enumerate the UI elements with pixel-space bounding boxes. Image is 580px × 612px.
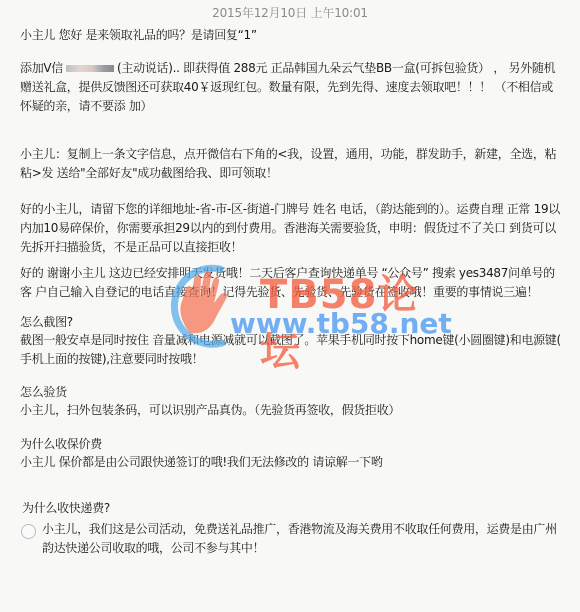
faq-insurance-answer: 小主儿 保价都是由公司跟快递签订的哦!我们无法修改的 请谅解一下哟 (20, 453, 564, 472)
message-greeting: 小主儿 您好 是来领取礼品的吗？是请回复“1” (20, 26, 564, 45)
faq-shipping-fee-answer: 小主儿，我们这是公司活动，免费送礼品推广，香港物流及海关费用不收取任何费用，运费… (42, 520, 564, 558)
faq-insurance-title: 为什么收保价费 (20, 435, 564, 454)
message-add-wechat: 添加V信(主动说话).. 即获得值 288元 正品韩国九朵云气垫BB一盒(可拆包… (20, 59, 564, 116)
faq-screenshot-answer: 截图一般安卓是同时按住 音量减和电源减就可以截图了。苹果手机同时按下home键(… (20, 331, 564, 369)
faq-inspect-title: 怎么验货 (20, 383, 564, 402)
message-address-request: 好的小主儿，请留下您的详细地址-省-市-区-街道-门牌号 姓名 电话，（韵达能到… (20, 200, 564, 257)
faq-inspect-answer: 小主儿，扫外包装条码，可以识别产品真伪。（先验货再签收，假货拒收） (20, 401, 564, 420)
message-copy-instructions: 小主儿：复制上一条文字信息，点开微信右下角的<我，设置，通用，功能，群发助手，新… (20, 145, 564, 183)
redacted-wechat-id (66, 65, 114, 72)
message-timestamp: 2015年12月10日 上午10:01 (0, 4, 580, 21)
select-message-radio[interactable] (21, 524, 36, 539)
message-add-wechat-prefix: 添加V信 (20, 61, 63, 75)
faq-screenshot-title: 怎么截图? (20, 313, 564, 332)
message-shipping-confirm: 好的 谢谢小主儿 这边已经安排明天发货哦！二天后客户查询快递单号 “公众号” 搜… (20, 264, 564, 302)
faq-shipping-fee-title: 为什么收快递费? (22, 499, 566, 518)
